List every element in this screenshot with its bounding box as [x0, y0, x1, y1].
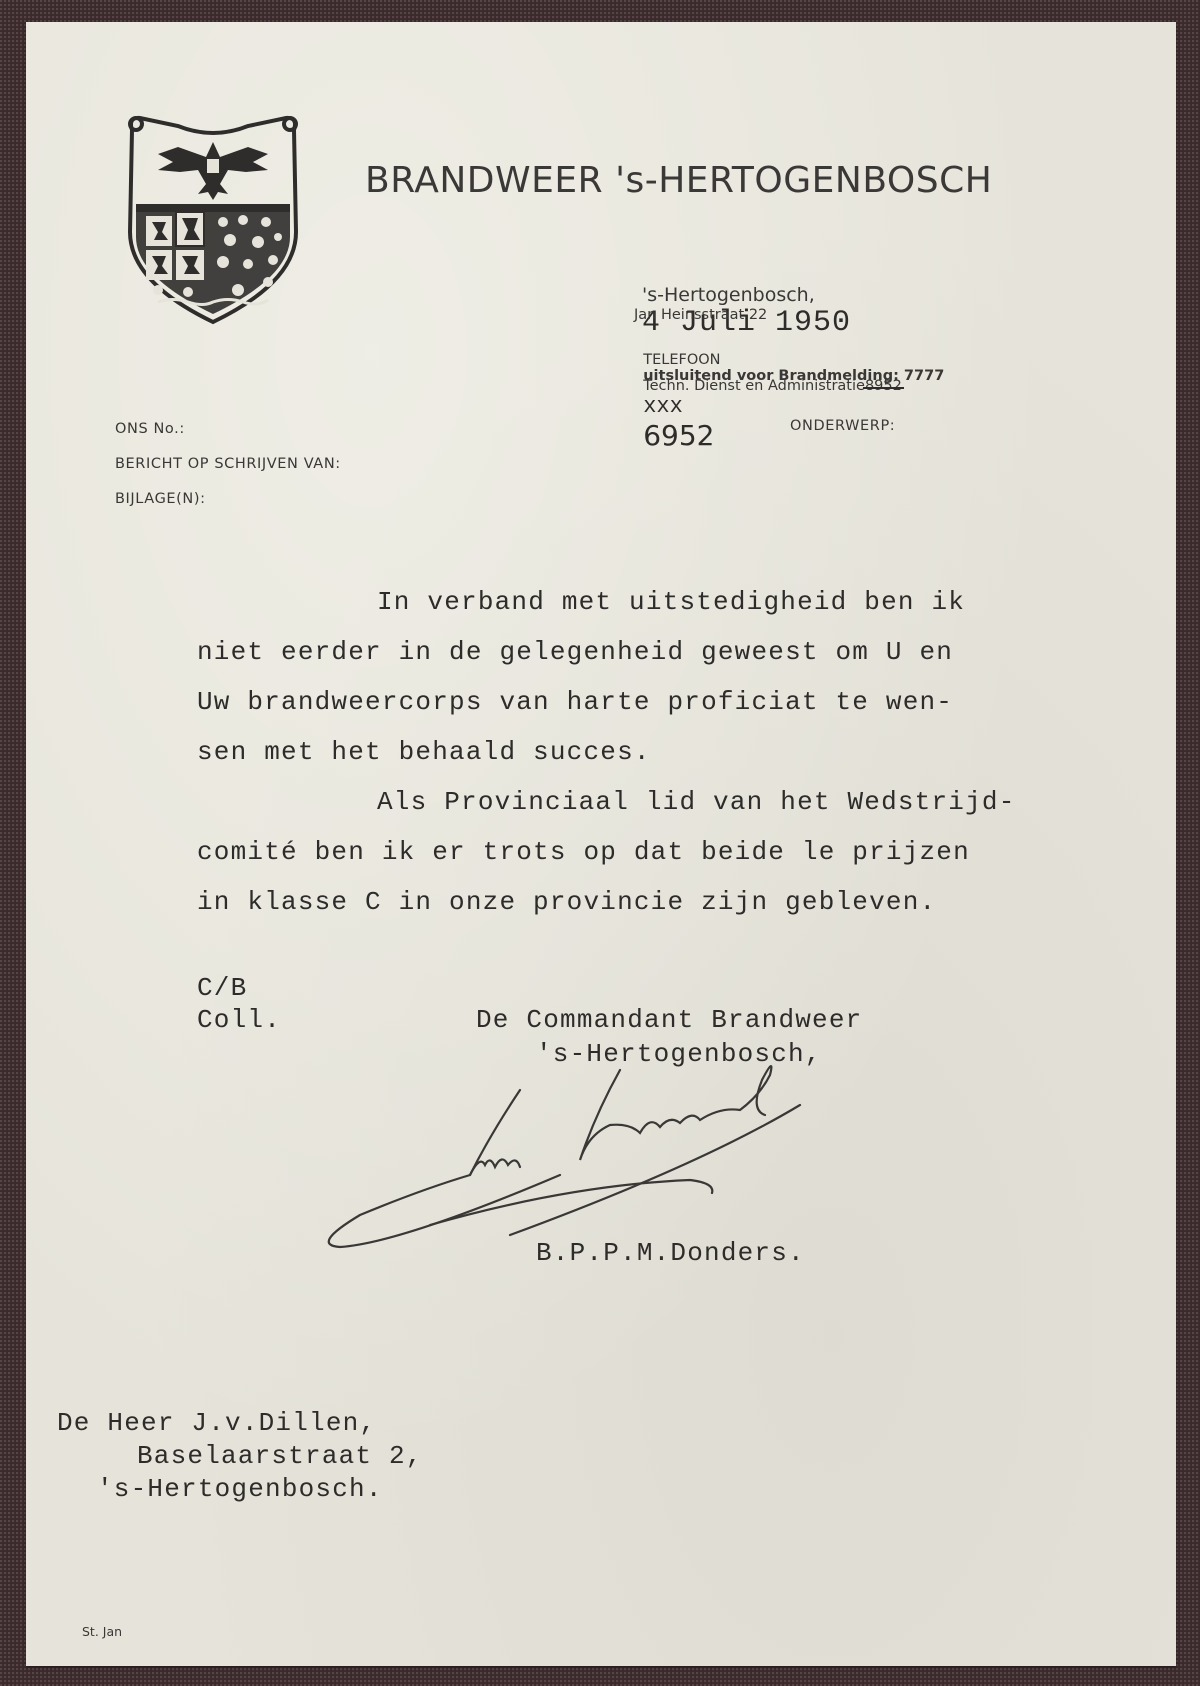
body-line: Als Provinciaal lid van het Wedstrijd-	[377, 787, 1016, 817]
admin-number: 6952	[643, 419, 714, 452]
body-line: sen met het behaald succes.	[197, 737, 651, 767]
place-label: 's-Hertogenbosch,	[642, 284, 815, 306]
recipient-street: Baselaarstraat 2,	[137, 1441, 423, 1471]
coat-of-arms-icon	[118, 112, 308, 327]
struck-number: 8952	[865, 378, 902, 394]
body-line: in klasse C in onze provincie zijn geble…	[197, 887, 936, 917]
body-line: In verband met uitstedigheid ben ik	[377, 587, 965, 617]
copy-note-cb: C/B	[197, 973, 247, 1003]
overtyped-x: xxx	[643, 394, 683, 419]
signatory-name: B.P.P.M.Donders.	[536, 1238, 805, 1268]
body-line: comité ben ik er trots op dat beide le p…	[197, 837, 970, 867]
admin-line: Techn. Dienst en Administratie8952 xxx 6…	[634, 362, 902, 452]
recipient-name: De Heer J.v.Dillen,	[57, 1408, 376, 1438]
recipient-city: 's-Hertogenbosch.	[97, 1474, 383, 1504]
field-bericht: BERICHT OP SCHRIJVEN VAN:	[115, 456, 341, 472]
address: Jan Heinsstraat 22	[634, 307, 767, 323]
organization-title: BRANDWEER 's-HERTOGENBOSCH	[365, 160, 992, 201]
copy-note-coll: Coll.	[197, 1005, 281, 1035]
printer-mark: St. Jan	[82, 1624, 122, 1639]
handwritten-signature	[320, 1015, 1020, 1255]
body-line: Uw brandweercorps van harte proficiat te…	[197, 687, 953, 717]
field-ons-no: ONS No.:	[115, 421, 185, 437]
field-bijlagen: BIJLAGE(N):	[115, 491, 206, 507]
field-onderwerp: ONDERWERP:	[790, 418, 895, 434]
body-line: niet eerder in de gelegenheid geweest om…	[197, 637, 953, 667]
date-line: 's-Hertogenbosch, 4 Juli 1950	[634, 266, 851, 340]
admin-label: Techn. Dienst en Administratie	[643, 378, 865, 394]
